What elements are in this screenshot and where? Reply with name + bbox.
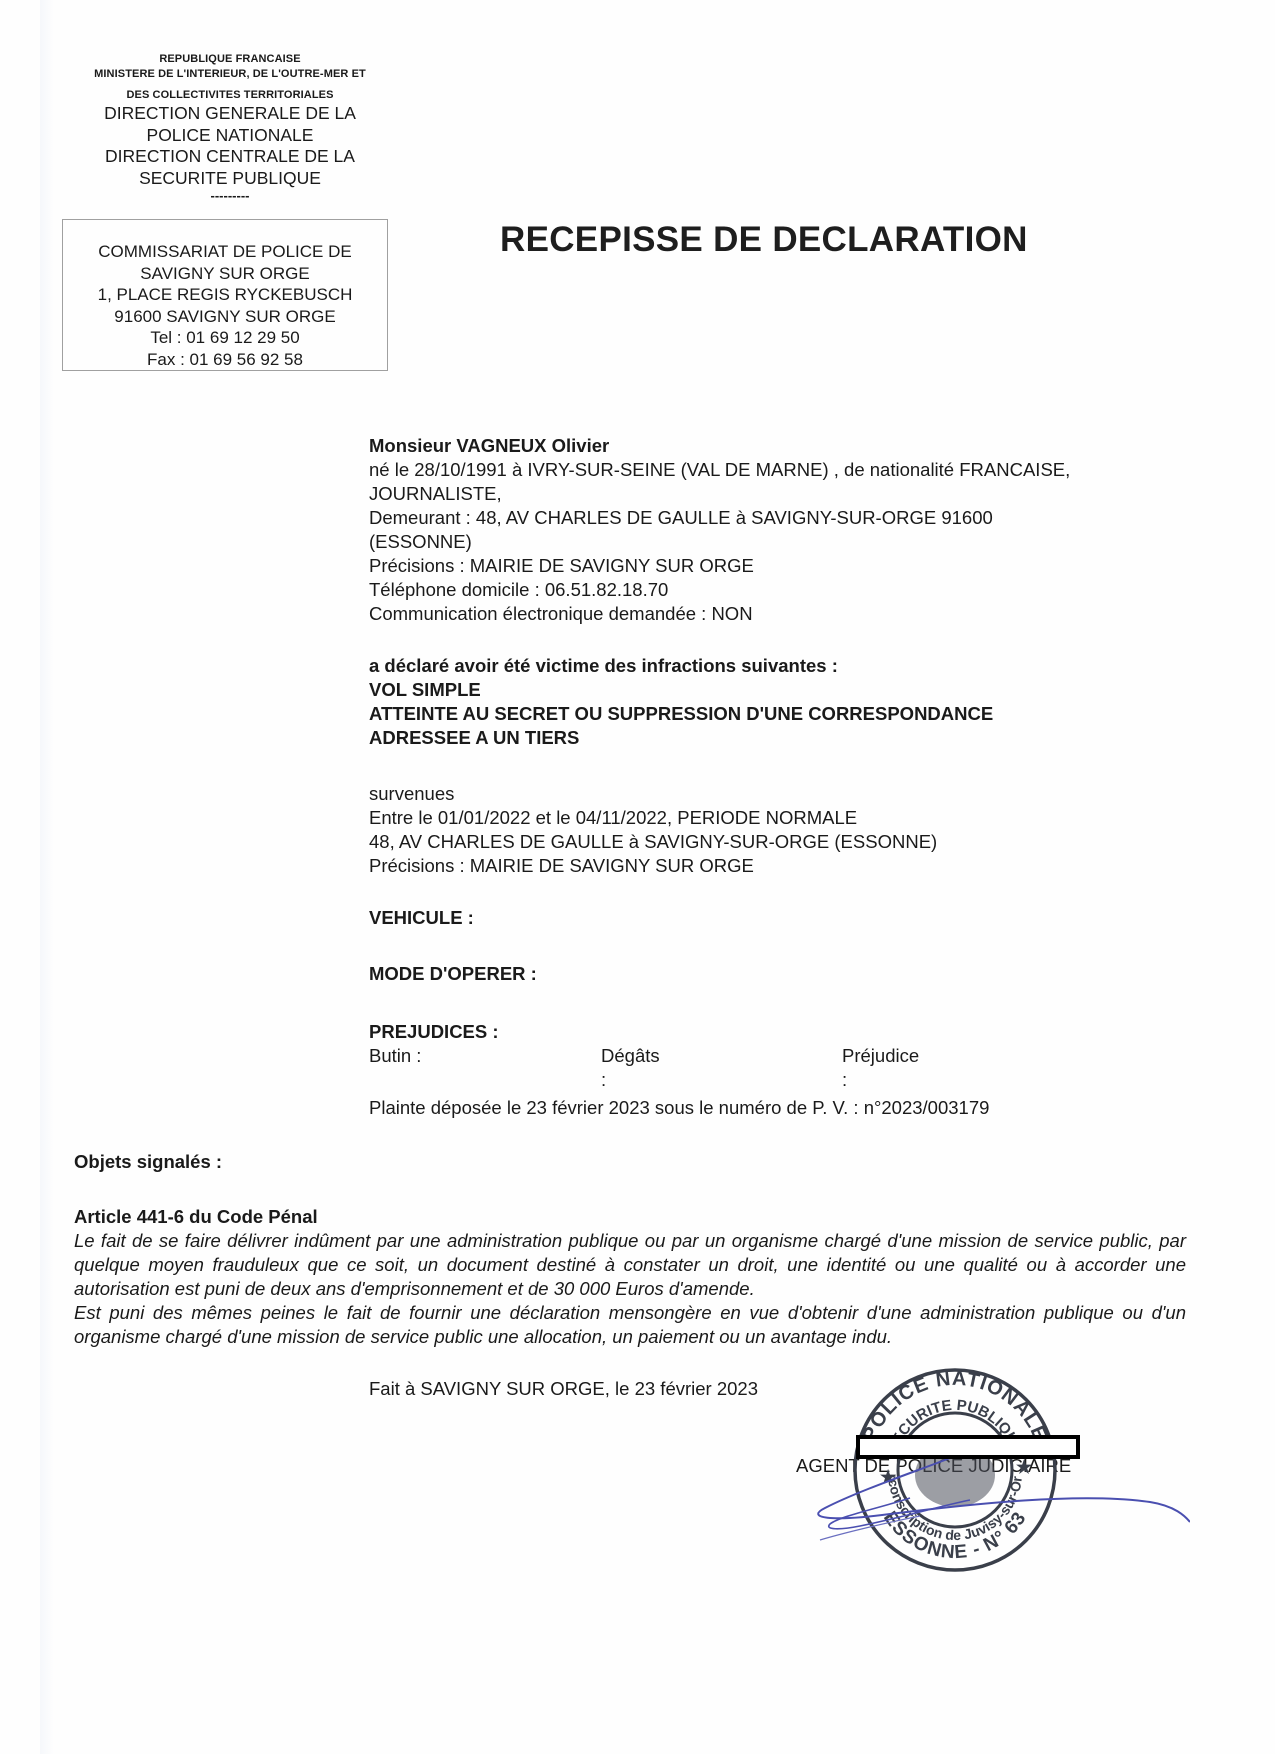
issuer-line: REPUBLIQUE FRANCAISE: [60, 52, 400, 67]
reported-objects-label: Objets signalés :: [74, 1151, 222, 1173]
mode-operer-label: MODE D'OPERER :: [369, 963, 537, 985]
issuer-line: DES COLLECTIVITES TERRITORIALES: [60, 88, 400, 103]
victim-precisions: Précisions : MAIRIE DE SAVIGNY SUR ORGE: [369, 554, 1189, 578]
prejudices-label: PREJUDICES :: [369, 1020, 499, 1044]
butin-label: Butin :: [369, 1044, 421, 1068]
occurrence-place: 48, AV CHARLES DE GAULLE à SAVIGNY-SUR-O…: [369, 830, 1189, 854]
penal-code-article: Article 441-6 du Code Pénal Le fait de s…: [74, 1205, 1186, 1349]
header-separator: ---------: [60, 189, 400, 203]
place-date-signed: Fait à SAVIGNY SUR ORGE, le 23 février 2…: [369, 1378, 758, 1400]
issuer-line: MINISTERE DE L'INTERIEUR, DE L'OUTRE-MER…: [60, 67, 400, 82]
victim-electronic-comm: Communication électronique demandée : NO…: [369, 602, 1189, 626]
degats-label: Dégâts :: [601, 1044, 660, 1092]
document-page: REPUBLIQUE FRANCAISE MINISTERE DE L'INTE…: [0, 0, 1275, 1754]
commissariat-line: SAVIGNY SUR ORGE: [63, 263, 387, 285]
vehicule-label: VEHICULE :: [369, 907, 474, 929]
article-paragraph: Le fait de se faire délivrer indûment pa…: [74, 1229, 1186, 1301]
article-paragraph: Est puni des mêmes peines le fait de fou…: [74, 1301, 1186, 1349]
offence-item: ATTEINTE AU SECRET OU SUPPRESSION D'UNE …: [369, 702, 1189, 726]
commissariat-address-box: COMMISSARIAT DE POLICE DE SAVIGNY SUR OR…: [62, 219, 388, 371]
prejudices-row: Butin : Dégâts : Préjudice :: [369, 1044, 499, 1068]
offences-section: a déclaré avoir été victime des infracti…: [369, 654, 1189, 750]
signature-icon: [800, 1450, 1190, 1560]
article-title: Article 441-6 du Code Pénal: [74, 1205, 1186, 1229]
victim-name: Monsieur VAGNEUX Olivier: [369, 434, 1189, 458]
victim-address: Demeurant : 48, AV CHARLES DE GAULLE à S…: [369, 506, 1189, 530]
issuer-line: POLICE NATIONALE: [60, 125, 400, 147]
occurrence-period: Entre le 01/01/2022 et le 04/11/2022, PE…: [369, 806, 1189, 830]
occurrence-section: survenues Entre le 01/01/2022 et le 04/1…: [369, 782, 1189, 878]
prejudices-section: PREJUDICES : Butin : Dégâts : Préjudice …: [369, 1020, 499, 1068]
issuer-line: DIRECTION CENTRALE DE LA: [60, 146, 400, 168]
prejudice-label: Préjudice :: [842, 1044, 919, 1092]
document-title: RECEPISSE DE DECLARATION: [500, 220, 1028, 260]
issuer-header: REPUBLIQUE FRANCAISE MINISTERE DE L'INTE…: [60, 52, 400, 203]
offences-intro: a déclaré avoir été victime des infracti…: [369, 654, 1189, 678]
victim-details: Monsieur VAGNEUX Olivier né le 28/10/199…: [369, 434, 1189, 626]
victim-address-cont: (ESSONNE): [369, 530, 1189, 554]
offence-item: VOL SIMPLE: [369, 678, 1189, 702]
commissariat-phone: Tel : 01 69 12 29 50: [63, 327, 387, 349]
victim-profession: JOURNALISTE,: [369, 482, 1189, 506]
scan-edge-shading: [40, 0, 54, 1754]
issuer-line: DIRECTION GENERALE DE LA: [60, 103, 400, 125]
redacted-agent-name: [856, 1435, 1080, 1459]
victim-phone: Téléphone domicile : 06.51.82.18.70: [369, 578, 1189, 602]
commissariat-line: 91600 SAVIGNY SUR ORGE: [63, 306, 387, 328]
occurrence-label: survenues: [369, 782, 1189, 806]
commissariat-fax: Fax : 01 69 56 92 58: [63, 349, 387, 371]
commissariat-line: 1, PLACE REGIS RYCKEBUSCH: [63, 284, 387, 306]
victim-birth: né le 28/10/1991 à IVRY-SUR-SEINE (VAL D…: [369, 458, 1189, 482]
commissariat-line: COMMISSARIAT DE POLICE DE: [63, 241, 387, 263]
occurrence-precisions: Précisions : MAIRIE DE SAVIGNY SUR ORGE: [369, 854, 1189, 878]
issuer-line: SECURITE PUBLIQUE: [60, 168, 400, 190]
complaint-reference: Plainte déposée le 23 février 2023 sous …: [369, 1097, 989, 1119]
offence-item: ADRESSEE A UN TIERS: [369, 726, 1189, 750]
